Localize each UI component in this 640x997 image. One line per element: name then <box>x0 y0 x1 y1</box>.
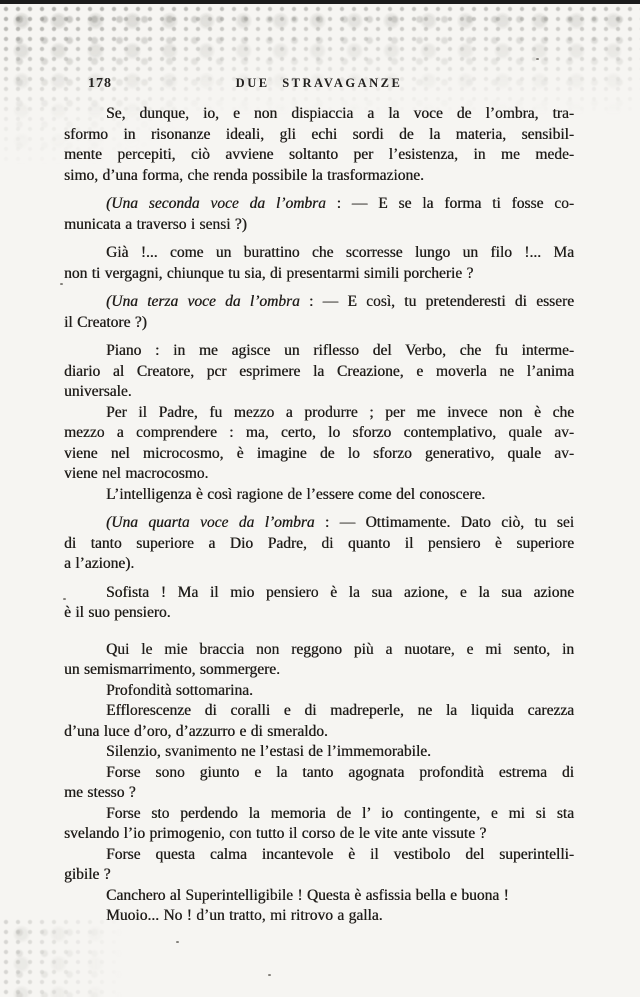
body-text-segment: L’intelligenza è così ragione de l’esser… <box>106 486 485 503</box>
stage-direction-italic: (Una terza voce da l’ombra <box>106 293 300 310</box>
stage-direction-italic: (Una seconda voce da l’ombra <box>106 195 326 212</box>
text-line: me stesso ? <box>64 783 574 804</box>
body-text-segment: Muoio... No ! d’un tratto, mi ritrovo a … <box>106 907 383 924</box>
text-line: Forse sono giunto e la tanto agognata pr… <box>64 763 574 784</box>
damask-pattern-bottom-left <box>0 917 140 997</box>
body-text-segment: sformo in risonanze ideali, gli echi sor… <box>64 126 574 143</box>
text-line: universale. <box>64 382 574 403</box>
scan-speck <box>536 58 539 60</box>
text-line: è il suo pensiero. <box>64 603 574 624</box>
paragraph: (Una quarta voce da l’ombra : — Ottimame… <box>64 513 574 575</box>
body-text-segment: mezzo a comprendere : ma, certo, lo sfor… <box>64 424 574 441</box>
paragraph: Silenzio, svanimento ne l’estasi de l’im… <box>64 742 574 763</box>
paragraph: Forse sono giunto e la tanto agognata pr… <box>64 763 574 804</box>
text-line: diario al Creatore, pcr esprimere la Cre… <box>64 362 574 383</box>
text-line: sformo in risonanze ideali, gli echi sor… <box>64 125 574 146</box>
body-text-segment: Forse sono giunto e la tanto agognata pr… <box>106 764 574 781</box>
text-line: di tanto superiore a Dio Padre, di quant… <box>64 534 574 555</box>
text-line: un semismarrimento, sommergere. <box>64 660 574 681</box>
body-text-segment: viene nel macrocosmo. <box>64 465 208 482</box>
body-text-segment: : — E se la forma ti fosse co- <box>326 195 574 212</box>
text-line: il Creatore ?) <box>64 313 574 334</box>
body-text-segment: Sofista ! Ma il mio pensiero è la sua az… <box>106 584 574 601</box>
body-text-segment: universale. <box>64 383 132 400</box>
text-line: municata a traverso i sensi ?) <box>64 215 574 236</box>
running-title: DUE STRAVAGANZE <box>64 76 574 91</box>
body-text-segment: Forse sto perdendo la memoria de l’ io c… <box>106 805 574 822</box>
body-text-segment: Piano : in me agisce un riflesso del Ver… <box>106 342 574 359</box>
body-text-segment: Canchero al Superintelligibile ! Questa … <box>106 887 509 904</box>
paragraph: Efflorescenze di coralli e di madreperle… <box>64 701 574 742</box>
scan-speck <box>268 974 271 976</box>
text-line: L’intelligenza è così ragione de l’esser… <box>64 485 574 506</box>
body-text-segment: Qui le mie braccia non reggono più a nuo… <box>106 641 574 658</box>
text-line: Canchero al Superintelligibile ! Questa … <box>64 886 574 907</box>
text-line: (Una quarta voce da l’ombra : — Ottimame… <box>64 513 574 534</box>
body-text-segment: municata a traverso i sensi ?) <box>64 216 247 233</box>
text-line: Efflorescenze di coralli e di madreperle… <box>64 701 574 722</box>
text-line: Forse questa calma incantevole è il vest… <box>64 845 574 866</box>
text-line: d’una luce d’oro, d’azzurro e di smerald… <box>64 722 574 743</box>
body-text-segment: viene nel microcosmo, è imagine de lo sf… <box>64 445 574 462</box>
body-text-segment: non ti vergagni, chiunque tu sia, di pre… <box>64 265 473 282</box>
paragraph: Se, dunque, io, e non dispiaccia a la vo… <box>64 104 574 186</box>
body-text-segment: Silenzio, svanimento ne l’estasi de l’im… <box>106 743 431 760</box>
page-number: 178 <box>88 76 112 92</box>
body-text-segment: svelando l’io primogenio, con tutto il c… <box>64 825 486 842</box>
paragraph: Muoio... No ! d’un tratto, mi ritrovo a … <box>64 906 574 927</box>
text-line: Forse sto perdendo la memoria de l’ io c… <box>64 804 574 825</box>
stage-direction-italic: (Una quarta voce da l’ombra <box>106 514 315 531</box>
body-text-segment: il Creatore ?) <box>64 314 147 331</box>
text-line: Muoio... No ! d’un tratto, mi ritrovo a … <box>64 906 574 927</box>
body-text-segment: gibile ? <box>64 866 111 883</box>
paragraph: Forse sto perdendo la memoria de l’ io c… <box>64 804 574 845</box>
paragraph: Sofista ! Ma il mio pensiero è la sua az… <box>64 583 574 624</box>
paragraph: (Una terza voce da l’ombra : — E così, t… <box>64 292 574 333</box>
text-line: Profondità sottomarina. <box>64 681 574 702</box>
body-text-segment: Profondità sottomarina. <box>106 682 253 699</box>
scan-speck <box>176 941 179 943</box>
paragraph: (Una seconda voce da l’ombra : — E se la… <box>64 194 574 235</box>
text-line: Se, dunque, io, e non dispiaccia a la vo… <box>64 104 574 125</box>
text-line: Qui le mie braccia non reggono più a nuo… <box>64 640 574 661</box>
text-line: svelando l’io primogenio, con tutto il c… <box>64 824 574 845</box>
body-text-segment: Già !... come un burattino che scorresse… <box>106 244 574 261</box>
text-line: (Una seconda voce da l’ombra : — E se la… <box>64 194 574 215</box>
paragraph: Qui le mie braccia non reggono più a nuo… <box>64 640 574 681</box>
text-line: mente percepiti, ciò avviene soltanto pe… <box>64 145 574 166</box>
text-line: Per il Padre, fu mezzo a produrre ; per … <box>64 403 574 424</box>
body-text-segment: diario al Creatore, pcr esprimere la Cre… <box>64 363 574 380</box>
text-line: viene nel microcosmo, è imagine de lo sf… <box>64 444 574 465</box>
body-text-segment: di tanto superiore a Dio Padre, di quant… <box>64 535 574 552</box>
text-line: mezzo a comprendere : ma, certo, lo sfor… <box>64 423 574 444</box>
body-text-segment: a l’azione). <box>64 555 134 572</box>
book-page-scan: 178 DUE STRAVAGANZE Se, dunque, io, e no… <box>0 0 640 997</box>
text-line: Sofista ! Ma il mio pensiero è la sua az… <box>64 583 574 604</box>
paragraph: L’intelligenza è così ragione de l’esser… <box>64 485 574 506</box>
page-header: 178 DUE STRAVAGANZE <box>64 76 574 94</box>
body-text-segment: mente percepiti, ciò avviene soltanto pe… <box>64 146 574 163</box>
body-text-segment: Se, dunque, io, e non dispiaccia a la vo… <box>106 105 574 122</box>
text-line: viene nel macrocosmo. <box>64 464 574 485</box>
body-text-segment: simo, d’una forma, che renda possibile l… <box>64 167 424 184</box>
text-line: Piano : in me agisce un riflesso del Ver… <box>64 341 574 362</box>
body-text-segment: : — E così, tu pretenderesti di essere <box>300 293 574 310</box>
text-line: (Una terza voce da l’ombra : — E così, t… <box>64 292 574 313</box>
text-line: Già !... come un burattino che scorresse… <box>64 243 574 264</box>
paragraph: Per il Padre, fu mezzo a produrre ; per … <box>64 403 574 485</box>
body-text-segment: Efflorescenze di coralli e di madreperle… <box>106 702 574 719</box>
body-text-segment: me stesso ? <box>64 784 136 801</box>
paragraph: Piano : in me agisce un riflesso del Ver… <box>64 341 574 403</box>
paragraph: Canchero al Superintelligibile ! Questa … <box>64 886 574 907</box>
paragraph: Profondità sottomarina. <box>64 681 574 702</box>
text-line: non ti vergagni, chiunque tu sia, di pre… <box>64 264 574 285</box>
scan-speck <box>60 283 63 285</box>
page-body: Se, dunque, io, e non dispiaccia a la vo… <box>64 104 574 927</box>
text-line: gibile ? <box>64 865 574 886</box>
body-text-segment: : — Ottimamente. Dato ciò, tu sei <box>315 514 574 531</box>
text-line: a l’azione). <box>64 554 574 575</box>
body-text-segment: Per il Padre, fu mezzo a produrre ; per … <box>106 404 574 421</box>
body-text-segment: Forse questa calma incantevole è il vest… <box>106 846 574 863</box>
body-text-segment: d’una luce d’oro, d’azzurro e di smerald… <box>64 723 328 740</box>
paragraph: Forse questa calma incantevole è il vest… <box>64 845 574 886</box>
body-text-segment: è il suo pensiero. <box>64 604 171 621</box>
scan-speck <box>63 598 66 600</box>
paragraph: Già !... come un burattino che scorresse… <box>64 243 574 284</box>
text-line: simo, d’una forma, che renda possibile l… <box>64 166 574 187</box>
body-text-segment: un semismarrimento, sommergere. <box>64 661 280 678</box>
text-line: Silenzio, svanimento ne l’estasi de l’im… <box>64 742 574 763</box>
